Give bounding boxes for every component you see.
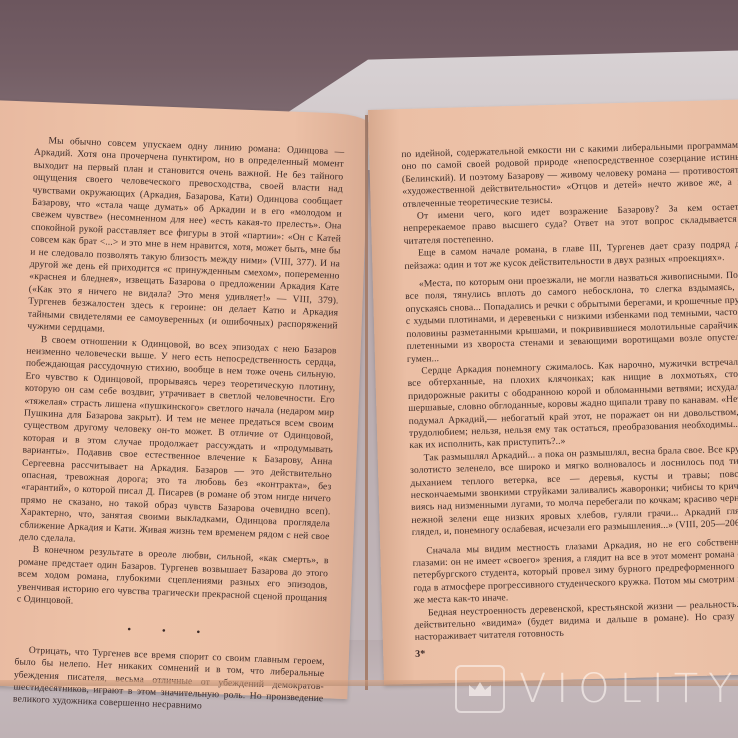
section-break: • • •: [16, 620, 326, 644]
paragraph: Сначала мы видим местность глазами Аркад…: [412, 536, 738, 608]
book-spine: [365, 115, 368, 690]
watermark-text: VIOLITY: [519, 666, 738, 712]
paragraph: В своем отношении к Одинцовой, во всех э…: [19, 333, 337, 556]
quote-paragraph: Сердце Аркадия понемногу сжималось. Как …: [407, 356, 738, 452]
watermark: VIOLITY: [455, 665, 738, 713]
paragraph: В конечном результате в ореоле любви, си…: [17, 544, 329, 618]
signature-mark: 3*: [415, 649, 426, 662]
right-page-text: по идейной, содержательной емкости ни с …: [401, 139, 738, 644]
right-page: по идейной, содержательной емкости ни с …: [368, 99, 738, 685]
crown-icon: [455, 665, 505, 713]
quote-paragraph: Так размышлял Аркадий... а пока он размы…: [410, 443, 738, 539]
left-page-text: Мы обычно совсем упускаем одну линию ром…: [13, 135, 345, 718]
left-page: Мы обычно совсем упускаем одну линию ром…: [0, 100, 370, 699]
paragraph: по идейной, содержательной емкости ни с …: [401, 139, 738, 211]
paragraph: Мы обычно совсем упускаем одну линию ром…: [27, 135, 344, 345]
quote-paragraph: «Места, по которым они проезжали, не мог…: [405, 269, 738, 365]
